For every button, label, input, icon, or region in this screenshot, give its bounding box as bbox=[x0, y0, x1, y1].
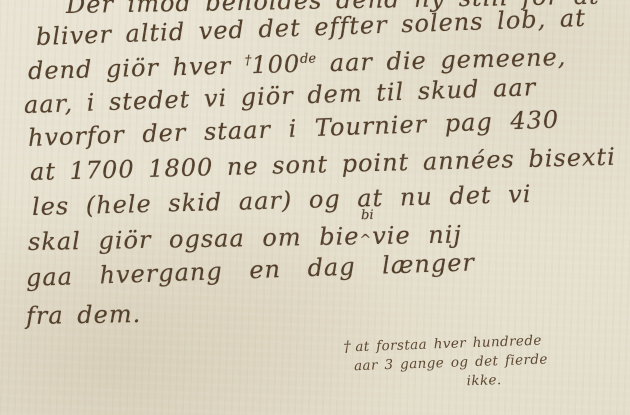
dagger-icon: † bbox=[343, 337, 352, 355]
line-3-text: dend giör hver bbox=[28, 52, 232, 85]
line-3-number: 100 bbox=[251, 50, 301, 79]
line-3-text-end: aar die gemeene, bbox=[329, 43, 566, 77]
inserted-word-above-line: bi bbox=[361, 208, 374, 223]
manuscript-line-7: les (hele skid aar) og at nu det vi bbox=[32, 180, 532, 221]
caret-icon: ^ bbox=[359, 232, 372, 248]
footnote-line-3: ikke. bbox=[466, 369, 548, 391]
line-8-text: skal giör ogsaa om bie bbox=[28, 222, 360, 256]
manuscript-page: Der imod beholdes dend ny stiil for at b… bbox=[0, 0, 630, 415]
line-8-text-end: vie nij bbox=[372, 220, 462, 250]
insertion-caret: ^bi bbox=[359, 222, 372, 250]
marginal-footnote: †at forstaa hver hundrede aar 3 gange og… bbox=[343, 330, 549, 395]
manuscript-line-9: gaa hvergang en dag længer bbox=[26, 248, 476, 292]
manuscript-line-10: fra dem. bbox=[26, 300, 142, 330]
line-3-ordinal-superscript: de bbox=[300, 51, 316, 66]
